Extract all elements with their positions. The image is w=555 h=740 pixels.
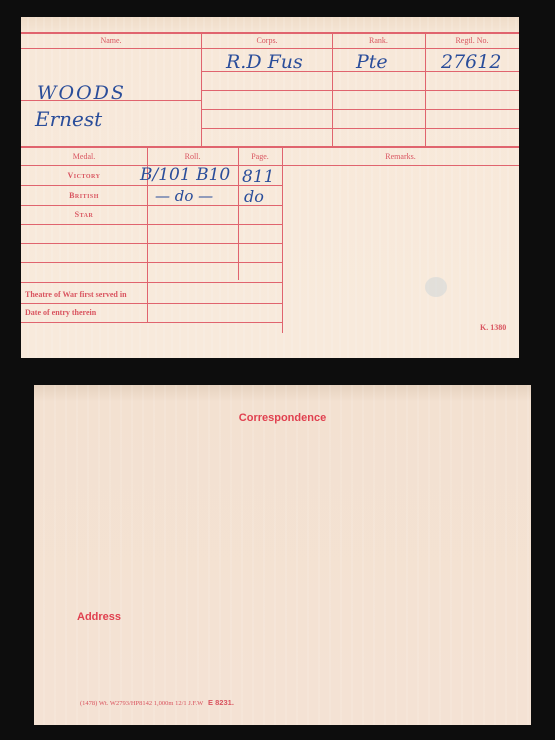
rule <box>21 146 519 148</box>
rank-header: Rank. <box>332 36 425 45</box>
rule <box>21 224 282 225</box>
name-header: Name. <box>21 36 201 45</box>
rule <box>21 205 282 206</box>
rule <box>21 48 519 49</box>
forename-entry: Ernest <box>35 107 102 131</box>
rule <box>21 165 519 166</box>
date-entry-label: Date of entry therein <box>25 308 96 317</box>
medal-index-card-front: Name. Corps. Rank. Regtl. No. WOODS Erne… <box>21 17 519 358</box>
medal-star-label: Star <box>21 210 147 219</box>
victory-roll-entry: B/101 B10 <box>140 165 230 185</box>
british-page-entry: do <box>244 187 264 206</box>
rule <box>21 262 282 263</box>
british-roll-entry: — do — <box>155 187 213 205</box>
rule <box>202 109 519 110</box>
victory-page-entry: 811 <box>242 167 274 187</box>
corps-entry: R.D Fus <box>226 51 303 73</box>
rule <box>21 303 282 304</box>
rule <box>238 146 239 280</box>
imprint-code: E 8231. <box>208 698 234 707</box>
corps-header: Corps. <box>202 36 332 45</box>
medal-british-label: British <box>21 191 147 200</box>
medal-header: Medal. <box>21 152 147 161</box>
rule <box>282 146 283 333</box>
stain <box>425 277 447 297</box>
regtl-no-header: Regtl. No. <box>425 36 519 45</box>
roll-header: Roll. <box>147 152 238 161</box>
rule <box>21 322 282 323</box>
medal-index-card-back: Correspondence Address (1478) Wt. W2793/… <box>34 385 531 725</box>
rank-entry: Pte <box>356 51 388 73</box>
printer-imprint: (1478) Wt. W2793/HP8142 1,000m 12/1 J.F.… <box>80 698 234 707</box>
rule <box>21 282 282 283</box>
surname-entry: WOODS <box>37 82 126 104</box>
rule <box>202 128 519 129</box>
rule <box>202 90 519 91</box>
page-header: Page. <box>238 152 282 161</box>
correspondence-label: Correspondence <box>34 412 531 424</box>
theatre-label: Theatre of War first served in <box>25 290 127 299</box>
remarks-header: Remarks. <box>282 152 519 161</box>
address-label: Address <box>77 611 121 623</box>
rule <box>21 243 282 244</box>
medal-victory-label: Victory <box>21 171 147 180</box>
regtl-no-entry: 27612 <box>441 51 501 73</box>
form-number: K. 1380 <box>480 323 506 332</box>
imprint-text: (1478) Wt. W2793/HP8142 1,000m 12/1 J.F.… <box>80 700 203 707</box>
rule <box>21 32 519 34</box>
